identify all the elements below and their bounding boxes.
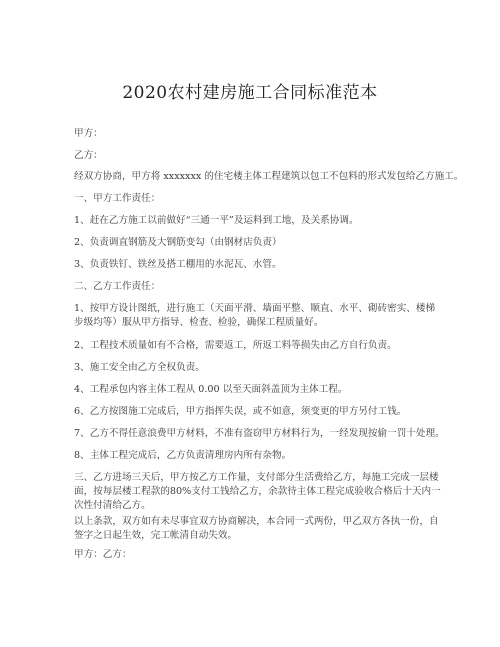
party-b-duty-item: 4、工程承包内容主体工程从 0.00 以至天面斜盖顶为主体工程。 [74, 383, 454, 397]
section-heading-party-a-duties: 一、甲方工作责任： [74, 192, 454, 206]
party-b-duty-item: 8、主体工程完成后，乙方负责清理房内所有杂物。 [74, 449, 454, 463]
document-page: 2020农村建房施工合同标准范本 甲方： 乙方： 经双方协商，甲方将 xxxxx… [0, 0, 500, 647]
party-b-label: 乙方： [74, 149, 454, 163]
party-a-duty-item: 1、赶在乙方施工以前做好“三通一平”及运料到工地，及关系协调。 [74, 214, 454, 228]
document-title: 2020农村建房施工合同标准范本 [0, 78, 500, 103]
signature-line: 甲方：乙方： [74, 548, 454, 562]
payment-clause: 三、乙方进场三天后，甲方按乙方工作量，支付部分生活费给乙方，每施工完成一层楼面，… [74, 471, 444, 513]
party-b-duty-item: 3、施工安全由乙方全权负责。 [74, 361, 454, 375]
party-a-label: 甲方： [74, 127, 454, 141]
party-b-duty-item: 1、按甲方设计图纸，进行施工（天面平滑、墙面平整、顺直、水平、砌砖密实、楼梯步级… [74, 302, 444, 330]
party-b-duty-item: 7、乙方不得任意浪费甲方材料，不准有盗窃甲方材料行为，一经发现按偷一罚十处理。 [74, 427, 454, 441]
party-a-duty-item: 2、负责调直钢筋及大钢筋变勾（由钢材店负责） [74, 236, 454, 250]
party-a-duty-item: 3、负责铁钉、铁丝及搭工棚用的水泥瓦、水管。 [74, 258, 454, 272]
section-heading-party-b-duties: 二、乙方工作责任： [74, 280, 454, 294]
party-b-duty-item: 2、工程技术质量如有不合格，需要返工，所返工料等损失由乙方自行负责。 [74, 339, 454, 353]
party-b-duty-item: 6、乙方按图施工完成后，甲方指挥失误，或不如意，须变更的甲方另付工钱。 [74, 405, 454, 419]
closing-paragraph: 以上条款，双方如有未尽事宜双方协商解决，本合同一式两份，甲乙双方各执一份，自签字… [74, 515, 444, 543]
intro-paragraph: 经双方协商，甲方将 xxxxxxx 的住宅楼主体工程建筑以包工不包料的形式发包给… [74, 170, 454, 184]
